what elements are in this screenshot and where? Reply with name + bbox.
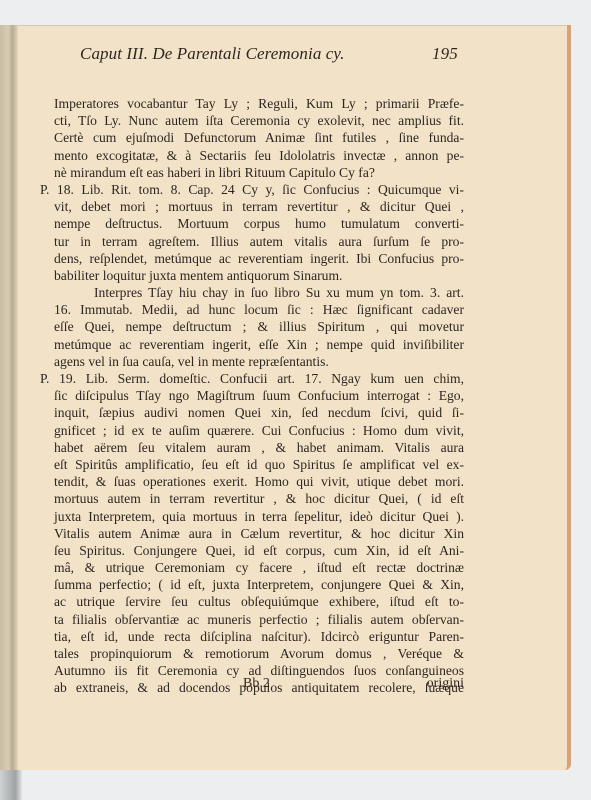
text-line: tia, eſt id, unde recta diſciplina naſci…: [40, 628, 464, 645]
text-line: agens vel in ſua cauſa, vel in mente rep…: [40, 353, 464, 370]
text-line: Vitalis autem Animæ aura in Cælum revert…: [40, 525, 464, 542]
text-line: ſic diſcipulus Tſay ngo Magiſtrum ſuum C…: [40, 387, 464, 404]
text-line: habet aërem ſeu vitalem auram , & habet …: [40, 439, 464, 456]
text-line: nè mirandum eſt eas haberi in libri Ritu…: [40, 164, 464, 181]
text-line: juxta Interpretem, quia mortuus in terra…: [40, 508, 464, 525]
text-line: mento excogitatæ, & à Sectariis ſeu Idol…: [40, 147, 464, 164]
text-line: gnificet ; id ex te auſim quærere. Cui C…: [40, 422, 464, 439]
text-line: tales propinquiorum & remotiorum Avorum …: [40, 645, 464, 662]
text-line: ac utrique ſervire ſeu cultus obſequiúmq…: [40, 593, 464, 610]
text-line: ſumma perfectio; ( id eſt, juxta Interpr…: [40, 576, 464, 593]
page-body-text: Imperatores vocabantur Tay Ly ; Reguli, …: [40, 95, 464, 697]
page-number: 195: [432, 44, 458, 64]
running-header-title: Caput III. De Parentali Ceremonia cy.: [80, 44, 344, 63]
text-line: tendit, & ſuas operationes exerit. Homo …: [40, 473, 464, 490]
text-line: ta filialis obſervantiæ ac muneris perfe…: [40, 611, 464, 628]
text-line: 16. Immutab. Medii, ad hunc locum ſic : …: [40, 301, 464, 318]
text-line: tur in terram agreſtem. Illius autem vit…: [40, 233, 464, 250]
page-gutter: [0, 25, 18, 770]
text-line: eſſe Quei, nempe deſtructum ; & illius S…: [40, 318, 464, 335]
text-line: Interpres Tſay hiu chay in ſuo libro Su …: [40, 284, 464, 301]
running-header: Caput III. De Parentali Ceremonia cy. 19…: [80, 44, 460, 64]
text-line: dens, reſplendet, metúmque ac reverentia…: [40, 250, 464, 267]
catchword: origini: [427, 676, 464, 692]
binding-shadow: [0, 770, 22, 800]
text-line: Certè cum ejuſmodi Defunctorum Animæ ſin…: [40, 129, 464, 146]
text-line: babiliter loquitur juxta mentem antiquor…: [40, 267, 464, 284]
text-line: mortuus autem in terram revertitur , & h…: [40, 490, 464, 507]
text-line: cti, Tſo Ly. Nunc autem iſta Ceremonia c…: [40, 112, 464, 129]
text-line: P. 18. Lib. Rit. tom. 8. Cap. 24 Cy y, ſ…: [40, 181, 464, 198]
text-line: eſt Spiritûs amplificatio, ſeu eſt id qu…: [40, 456, 464, 473]
text-line: metúmque ac reverentiam ingerit, eſſe Xi…: [40, 336, 464, 353]
text-line: P. 19. Lib. Serm. domeſtic. Confucii art…: [40, 370, 464, 387]
text-line: inquit, ſæpius audivi nomen Quei xin, ſe…: [40, 404, 464, 421]
signature-mark: Bb 2: [243, 676, 270, 692]
text-line: ſeu Spiritus. Conjungere Quei, id eſt co…: [40, 542, 464, 559]
text-line: nempe deſtructus. Mortuum corpus humo tu…: [40, 215, 464, 232]
text-line: Imperatores vocabantur Tay Ly ; Reguli, …: [40, 95, 464, 112]
text-line: vit, debet mori ; mortuus in terram reve…: [40, 198, 464, 215]
text-line: mâ, & utrique Ceremoniam cy facere , iſt…: [40, 559, 464, 576]
